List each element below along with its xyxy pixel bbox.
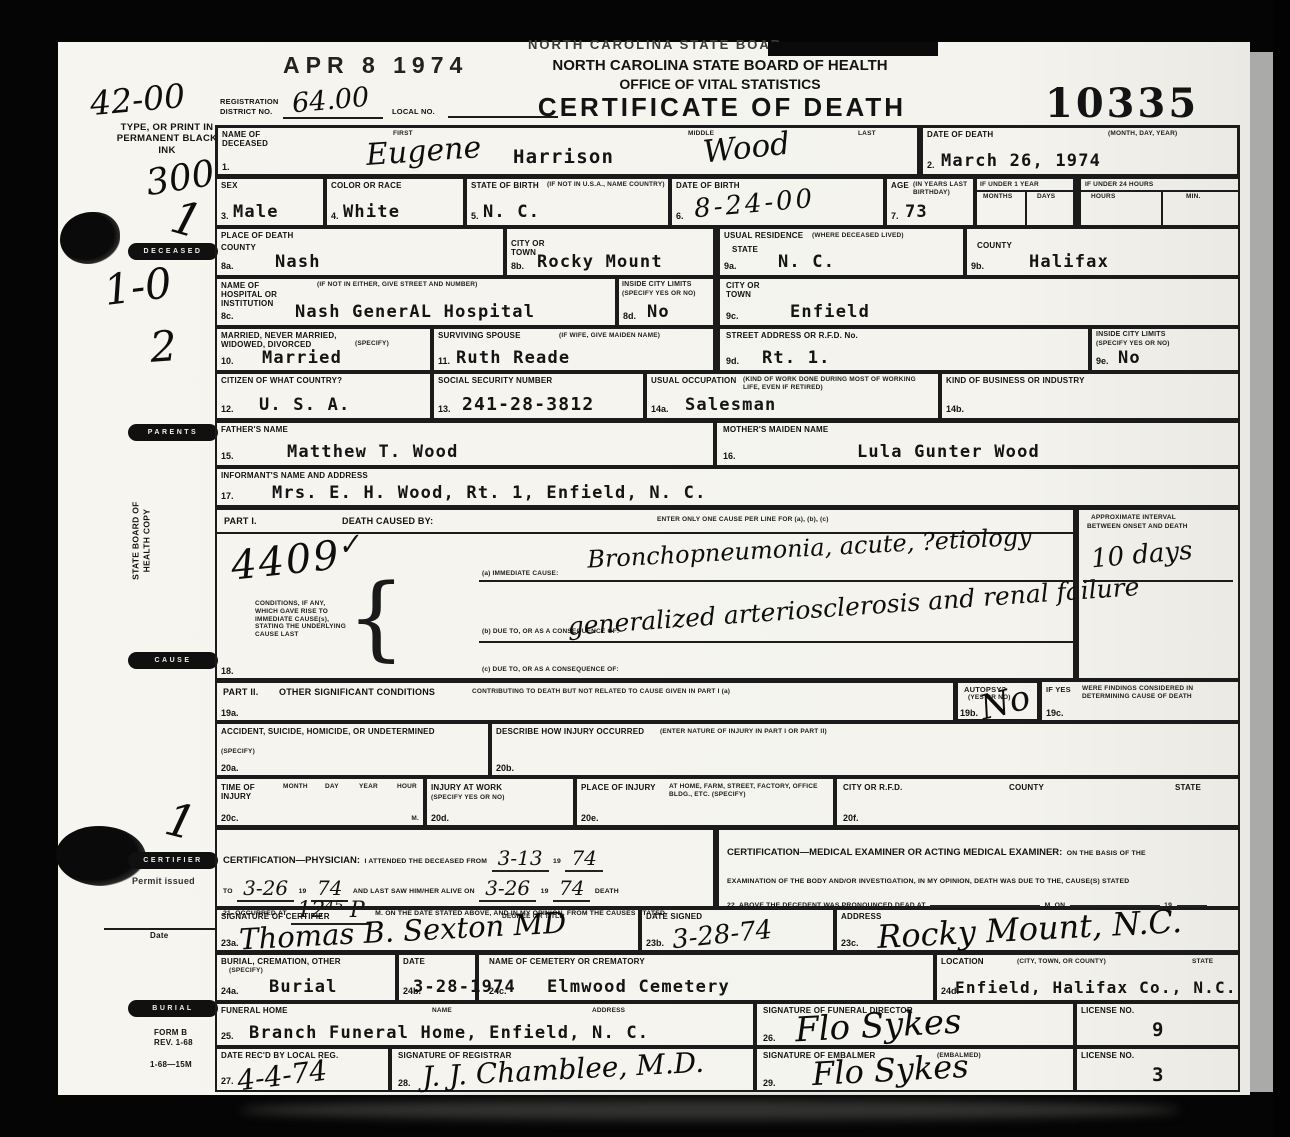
sob-sub: (IF NOT IN U.S.A., NAME COUNTRY) xyxy=(547,181,665,189)
field-color-race: COLOR OR RACE 4. White xyxy=(325,177,465,227)
registration-label-1: REGISTRATION xyxy=(220,98,279,107)
field-residence-state: USUAL RESIDENCE (WHERE DECEASED LIVED) S… xyxy=(715,227,965,277)
field-marital-status: MARRIED, NEVER MARRIED, WIDOWED, DIVORCE… xyxy=(215,327,432,372)
inside8d-sub: (SPECIFY YES OR NO) xyxy=(622,290,712,298)
pod-county-label: COUNTY xyxy=(221,243,256,252)
redaction-bar xyxy=(768,42,938,56)
certphys-19c: 19 xyxy=(541,888,549,895)
name-num: 1. xyxy=(222,162,230,172)
field-certification-physician: CERTIFICATION—PHYSICIAN: I ATTENDED THE … xyxy=(215,827,715,908)
city9c-value: Enfield xyxy=(790,302,870,322)
father-num: 15. xyxy=(221,451,234,461)
field-informant: INFORMANT'S NAME AND ADDRESS 17. Mrs. E.… xyxy=(215,467,1240,507)
u1y-months: MONTHS xyxy=(983,193,1012,201)
placeinj-sub: AT HOME, FARM, STREET, FACTORY, OFFICE B… xyxy=(669,783,829,799)
funeral-director-signature: Flo Sykes xyxy=(794,1002,962,1051)
age-label: AGE xyxy=(891,181,909,190)
cityrfd-state-label: STATE xyxy=(1175,783,1201,792)
interval-rule xyxy=(1083,580,1233,582)
biz-label: KIND OF BUSINESS OR INDUSTRY xyxy=(946,376,1085,385)
certificate-title: CERTIFICATE OF DEATH xyxy=(532,92,912,123)
u1y-days: DAYS xyxy=(1037,193,1055,201)
field-embalmer-signature: SIGNATURE OF EMBALMER (EMBALMED) 29. Flo… xyxy=(755,1047,1075,1092)
cityrfd-county-label: COUNTY xyxy=(1009,783,1044,792)
spouse-label: SURVIVING SPOUSE xyxy=(438,331,521,340)
state9a-num: 9a. xyxy=(724,261,737,271)
part1-num18: 18. xyxy=(221,666,234,676)
placeinj-label: PLACE OF INJURY xyxy=(581,783,656,792)
accident-sub: (SPECIFY) xyxy=(221,748,255,756)
dod-num: 2. xyxy=(927,160,935,170)
certmed-year-blank xyxy=(1177,897,1207,907)
part1-death-caused-by: DEATH CAUSED BY: xyxy=(342,516,433,526)
inside9e-num: 9e. xyxy=(1096,356,1109,366)
loc24d-sub1: (CITY, TOWN, OR COUNTY) xyxy=(1017,958,1106,966)
city9c-label: CITY OR TOWN xyxy=(726,281,766,299)
race-label: COLOR OR RACE xyxy=(331,181,402,190)
certphys-to: TO xyxy=(223,888,233,895)
occ-sub: (KIND OF WORK DONE DURING MOST OF WORKIN… xyxy=(743,376,933,392)
field-certifier-address: ADDRESS 23c. Rocky Mount, N.C. xyxy=(835,908,1240,952)
field-name-of-deceased: NAME OF DECEASED FIRST MIDDLE LAST 1. Eu… xyxy=(215,125,920,177)
fdir-num: 26. xyxy=(763,1033,776,1043)
burial-num: 24a. xyxy=(221,986,239,996)
field-signature-certifier: SIGNATURE OF CERTIFIER DEGREE OR TITLE 2… xyxy=(215,908,640,952)
street9d-label: STREET ADDRESS OR R.F.D. No. xyxy=(726,331,858,340)
field-autopsy: AUTOPSY? (YES OR NO) 19b. No xyxy=(955,680,1040,722)
margin-tab-parents: PARENTS xyxy=(128,424,218,441)
field-place-of-death-county: PLACE OF DEATH COUNTY 8a. Nash xyxy=(215,227,505,277)
form-code-1: FORM B xyxy=(154,1028,187,1037)
right-black-border xyxy=(1273,0,1290,1137)
sig23-num: 23a. xyxy=(221,938,239,948)
spouse-num: 11. xyxy=(438,356,450,366)
city8b-num: 8b. xyxy=(511,261,524,271)
occ-label: USUAL OCCUPATION xyxy=(651,376,736,385)
loc24d-label: LOCATION xyxy=(941,957,984,966)
field-citizen: CITIZEN OF WHAT COUNTRY? 12. U. S. A. xyxy=(215,372,432,420)
street9d-value: Rt. 1. xyxy=(762,348,831,368)
field-date-of-birth: DATE OF BIRTH 6. 8-24-00 xyxy=(670,177,885,227)
placeinj-num: 20e. xyxy=(581,813,599,823)
field-burial-type: BURIAL, CREMATION, OTHER (SPECIFY) 24a. … xyxy=(215,952,397,1002)
field-inside-city-9e: INSIDE CITY LIMITS (SPECIFY YES OR NO) 9… xyxy=(1090,327,1240,372)
field-injury-at-work: INJURY AT WORK (SPECIFY YES OR NO) 20d. xyxy=(425,777,575,827)
bdate-value: 3-28-1974 xyxy=(413,977,516,997)
usual-residence-sub: (WHERE DECEASED LIVED) xyxy=(812,232,904,240)
timeinj-day: DAY xyxy=(325,783,339,791)
interval-label-2: BETWEEN ONSET AND DEATH xyxy=(1087,523,1188,531)
pod-value: Nash xyxy=(275,252,321,272)
margin-tab-certifier: CERTIFIER xyxy=(128,852,218,869)
certphys-title: CERTIFICATION—PHYSICIAN: xyxy=(223,855,360,866)
field-date-received: DATE REC'D BY LOCAL REG. 27. 4-4-74 xyxy=(215,1047,390,1092)
burial-value: Burial xyxy=(269,977,338,997)
sob-label: STATE OF BIRTH xyxy=(471,181,539,190)
informant-value: Mrs. E. H. Wood, Rt. 1, Enfield, N. C. xyxy=(272,483,707,503)
sob-value: N. C. xyxy=(483,202,540,222)
margin-number-4: 2 xyxy=(148,321,178,372)
scanner-edge-strip xyxy=(1250,52,1273,1092)
cemetery-value: Elmwood Cemetery xyxy=(547,977,730,997)
occ-num: 14a. xyxy=(651,404,669,414)
interval-label-1: APPROXIMATE INTERVAL xyxy=(1091,514,1176,522)
part1-a-label: (a) IMMEDIATE CAUSE: xyxy=(482,570,558,578)
field-date-of-death: DATE OF DEATH (MONTH, DAY, YEAR) 2. Marc… xyxy=(920,125,1240,177)
recd-value: 4-4-74 xyxy=(235,1054,329,1098)
scan-smudge xyxy=(240,1100,1180,1120)
u1y-label: IF UNDER 1 YEAR xyxy=(980,181,1039,189)
hosp-label: NAME OF HOSPITAL OR INSTITUTION xyxy=(221,281,303,309)
field-burial-date: DATE 24b. 3-28-1974 xyxy=(397,952,477,1002)
addr23c-num: 23c. xyxy=(841,938,859,948)
embalmer-signature: Flo Sykes xyxy=(811,1047,969,1093)
biz-num: 14b. xyxy=(946,404,964,414)
dob-num: 6. xyxy=(676,211,684,221)
copy-designation: STATE BOARD OF HEALTH COPY xyxy=(130,485,151,597)
local-no-label: LOCAL NO. xyxy=(392,108,435,117)
part1-b-rule xyxy=(479,641,1073,643)
certphys-19a: 19 xyxy=(553,858,561,865)
field-date-signed: DATE SIGNED 23b. 3-28-74 xyxy=(640,908,835,952)
name-first-value: Eugene xyxy=(365,130,482,173)
sex-label: SEX xyxy=(221,181,238,190)
field-license-director: LICENSE NO. 9 xyxy=(1075,1002,1240,1047)
permit-issued-label: Permit issued xyxy=(132,876,195,886)
field-residence-county: COUNTY 9b. Halifax xyxy=(965,227,1240,277)
field-street-address: STREET ADDRESS OR R.F.D. No. 9d. Rt. 1. xyxy=(715,327,1090,372)
certphys-line1: CERTIFICATION—PHYSICIAN: I ATTENDED THE … xyxy=(223,844,603,868)
field-certification-medical-examiner: CERTIFICATION—MEDICAL EXAMINER OR ACTING… xyxy=(715,827,1240,908)
part1-label: PART I. xyxy=(224,516,257,526)
part1-b-value: generalized arteriosclerosis and renal f… xyxy=(567,572,1141,641)
age-num: 7. xyxy=(891,211,899,221)
lic29-value: 3 xyxy=(1152,1064,1165,1086)
part1-note: ENTER ONLY ONE CAUSE PER LINE FOR (a), (… xyxy=(657,516,829,524)
loc24d-sub2: STATE xyxy=(1192,958,1213,966)
fhome-label: FUNERAL HOME xyxy=(221,1006,288,1015)
citizen-num: 12. xyxy=(221,404,234,414)
field-occupation: USUAL OCCUPATION (KIND OF WORK DONE DURI… xyxy=(645,372,940,420)
part1-c-label: (c) DUE TO, OR AS A CONSEQUENCE OF: xyxy=(482,666,619,674)
mother-label: MOTHER'S MAIDEN NAME xyxy=(723,425,828,434)
registrar-num: 28. xyxy=(398,1078,411,1088)
informant-num: 17. xyxy=(221,491,234,501)
u24-divider xyxy=(1161,190,1163,225)
lic29-label: LICENSE NO. xyxy=(1081,1051,1134,1060)
sob-num: 5. xyxy=(471,211,479,221)
inside8d-value: No xyxy=(647,302,670,322)
timeinj-month: MONTH xyxy=(283,783,308,791)
part2-num: 19a. xyxy=(221,708,239,718)
field-burial-location: LOCATION (CITY, TOWN, OR COUNTY) STATE 2… xyxy=(935,952,1240,1002)
loc24d-value: Enfield, Halifax Co., N.C. xyxy=(955,978,1237,997)
field-father-name: FATHER'S NAME 15. Matthew T. Wood xyxy=(215,420,715,467)
field-state-of-birth: STATE OF BIRTH (IF NOT IN U.S.A., NAME C… xyxy=(465,177,670,227)
registration-label-2: DISTRICT NO. xyxy=(220,108,272,117)
field-if-under-24-hours: IF UNDER 24 HOURS HOURS MIN. xyxy=(1075,177,1240,227)
u24-hours: HOURS xyxy=(1091,193,1115,201)
autopsy-num: 19b. xyxy=(960,708,978,718)
certmed-time-blank xyxy=(930,897,1040,907)
field-mother-name: MOTHER'S MAIDEN NAME 16. Lula Gunter Woo… xyxy=(715,420,1240,467)
datesigned-label: DATE SIGNED xyxy=(646,912,702,921)
hosp-sub: (IF NOT IN EITHER, GIVE STREET AND NUMBE… xyxy=(317,281,478,289)
name-middle-value: Harrison xyxy=(513,146,614,168)
hosp-num: 8c. xyxy=(221,311,234,321)
field-if-under-1-year: IF UNDER 1 YEAR MONTHS DAYS xyxy=(975,177,1075,227)
marital-value: Married xyxy=(262,348,342,368)
state9a-value: N. C. xyxy=(778,252,835,272)
part1-conditions-note: CONDITIONS, IF ANY, WHICH GAVE RISE TO I… xyxy=(255,600,347,639)
certmed-basis: ON THE BASIS OF THE xyxy=(1067,850,1146,857)
age-sub: (IN YEARS LAST BIRTHDAY) xyxy=(913,181,971,197)
ssn-label: SOCIAL SECURITY NUMBER xyxy=(438,376,552,385)
marital-sub: (SPECIFY) xyxy=(355,340,389,348)
agency-name: NORTH CAROLINA STATE BOARD OF HEALTH xyxy=(540,57,900,74)
sex-num: 3. xyxy=(221,211,229,221)
inside8d-label: INSIDE CITY LIMITS xyxy=(622,281,712,289)
recd-num: 27. xyxy=(221,1076,234,1086)
certphys-death: DEATH xyxy=(595,888,619,895)
ink-blob-1 xyxy=(60,212,120,264)
race-value: White xyxy=(343,202,400,222)
u1y-header-rule xyxy=(977,190,1073,192)
timeinj-hour: HOUR xyxy=(397,783,417,791)
field-time-of-injury: TIME OF INJURY MONTH DAY YEAR HOUR 20c. … xyxy=(215,777,425,827)
atwork-sub: (SPECIFY YES OR NO) xyxy=(431,794,505,802)
dod-sub: (MONTH, DAY, YEAR) xyxy=(1108,130,1177,138)
accident-num: 20a. xyxy=(221,763,239,773)
state9a-label: STATE xyxy=(732,245,758,254)
fhome-sub-address: ADDRESS xyxy=(592,1007,625,1015)
margin-tab-burial: BURIAL xyxy=(128,1000,218,1017)
field-ssn: SOCIAL SECURITY NUMBER 13. 241-28-3812 xyxy=(432,372,645,420)
mother-value: Lula Gunter Wood xyxy=(857,442,1040,462)
form-code-3: 1-68—15M xyxy=(150,1060,192,1069)
fhome-sub-name: NAME xyxy=(432,1007,452,1015)
informant-label: INFORMANT'S NAME AND ADDRESS xyxy=(221,471,368,480)
dob-label: DATE OF BIRTH xyxy=(676,181,740,190)
field-inside-city-8d: INSIDE CITY LIMITS (SPECIFY YES OR NO) 8… xyxy=(617,277,715,327)
u1y-divider xyxy=(1025,190,1027,225)
field-cemetery: NAME OF CEMETERY OR CREMATORY 24c. Elmwo… xyxy=(477,952,935,1002)
street9d-num: 9d. xyxy=(726,356,739,366)
part1-brace: { xyxy=(347,572,406,664)
ssn-num: 13. xyxy=(438,404,451,414)
agency-office: OFFICE OF VITAL STATISTICS xyxy=(540,76,900,92)
cityrfd-num: 20f. xyxy=(843,813,859,823)
timeinj-year: YEAR xyxy=(359,783,378,791)
part2-label: PART II. xyxy=(223,687,258,697)
u24-min: MIN. xyxy=(1186,193,1201,201)
field-describe-injury: DESCRIBE HOW INJURY OCCURRED (ENTER NATU… xyxy=(490,722,1240,777)
name-label: NAME OF DECEASED xyxy=(222,130,292,148)
certifier-address-value: Rocky Mount, N.C. xyxy=(876,902,1183,956)
cityrfd-city-label: CITY OR R.F.D. xyxy=(843,783,903,792)
margin-number-1: 42-00 xyxy=(88,76,186,123)
name-last-value: Wood xyxy=(701,126,791,171)
u24-header-rule xyxy=(1081,190,1238,192)
field-if-yes-findings: IF YES WERE FINDINGS CONSIDERED IN DETER… xyxy=(1040,680,1240,722)
margin-tab-deceased: DECEASED xyxy=(128,243,218,260)
atwork-label: INJURY AT WORK xyxy=(431,783,502,792)
spouse-value: Ruth Reade xyxy=(456,348,570,368)
cut-off-header-text: NORTH CAROLINA STATE BOAR xyxy=(528,40,782,52)
form-code-2: REV. 1-68 xyxy=(154,1038,193,1047)
describe-label: DESCRIBE HOW INJURY OCCURRED xyxy=(496,727,644,736)
field-registrar-signature: SIGNATURE OF REGISTRAR 28. J. J. Chamble… xyxy=(390,1047,755,1092)
father-value: Matthew T. Wood xyxy=(287,442,459,462)
field-city-9c: CITY OR TOWN 9c. Enfield xyxy=(715,277,1240,327)
field-place-of-injury: PLACE OF INJURY AT HOME, FARM, STREET, F… xyxy=(575,777,835,827)
cemetery-label: NAME OF CEMETERY OR CREMATORY xyxy=(489,957,645,966)
margin-number-3: 1-0 xyxy=(101,258,174,315)
field-surviving-spouse: SURVIVING SPOUSE (IF WIFE, GIVE MAIDEN N… xyxy=(432,327,715,372)
bdate-label: DATE xyxy=(403,957,425,966)
citizen-value: U. S. A. xyxy=(259,395,350,415)
timeinj-label: TIME OF INJURY xyxy=(221,783,267,801)
interval-value: 10 days xyxy=(1090,536,1194,575)
timeinj-num: 20c. xyxy=(221,813,239,823)
father-label: FATHER'S NAME xyxy=(221,425,288,434)
certphys-from-year: 74 xyxy=(565,846,602,872)
inside9e-sub: (SPECIFY YES OR NO) xyxy=(1096,340,1170,348)
field-sex: SEX 3. Male xyxy=(215,177,325,227)
marital-num: 10. xyxy=(221,356,234,366)
lic26-label: LICENSE NO. xyxy=(1081,1006,1134,1015)
usual-residence-label: USUAL RESIDENCE xyxy=(724,231,803,240)
ifyes-label-1: IF YES xyxy=(1046,685,1071,694)
inside9e-value: No xyxy=(1118,348,1141,368)
describe-sub: (ENTER NATURE OF INJURY IN PART I OR PAR… xyxy=(660,728,827,736)
county9b-num: 9b. xyxy=(971,261,984,271)
certmed-line2: EXAMINATION OF THE BODY AND/OR INVESTIGA… xyxy=(727,870,1129,888)
certmed-title: CERTIFICATION—MEDICAL EXAMINER OR ACTING… xyxy=(727,847,1062,858)
age-value: 73 xyxy=(905,202,928,222)
city8b-value: Rocky Mount xyxy=(537,252,663,272)
received-date-stamp: APR 8 1974 xyxy=(283,52,468,79)
mother-num: 16. xyxy=(723,451,736,461)
part2-note: CONTRIBUTING TO DEATH BUT NOT RELATED TO… xyxy=(472,688,730,696)
certphys-attended: I ATTENDED THE DECEASED FROM xyxy=(365,858,488,865)
county9b-label: COUNTY xyxy=(977,241,1012,250)
margin-date-label: Date xyxy=(150,931,169,940)
field-funeral-home: FUNERAL HOME NAME ADDRESS 25. Branch Fun… xyxy=(215,1002,755,1047)
inside8d-num: 8d. xyxy=(623,311,636,321)
spouse-sub: (IF WIFE, GIVE MAIDEN NAME) xyxy=(559,332,660,340)
field-funeral-director-signature: SIGNATURE OF FUNERAL DIRECTOR 26. Flo Sy… xyxy=(755,1002,1075,1047)
sex-value: Male xyxy=(233,202,279,222)
certmed-line1: CERTIFICATION—MEDICAL EXAMINER OR ACTING… xyxy=(727,842,1146,860)
inside9e-label: INSIDE CITY LIMITS xyxy=(1096,331,1166,339)
field-cause-part1: PART I. DEATH CAUSED BY: ENTER ONLY ONE … xyxy=(215,507,1075,680)
dod-label: DATE OF DEATH xyxy=(927,130,993,139)
city9c-num: 9c. xyxy=(726,311,739,321)
describe-num: 20b. xyxy=(496,763,514,773)
burial-sub: (SPECIFY) xyxy=(229,967,263,975)
certificate-number: 10335 xyxy=(1045,80,1199,127)
pod-num: 8a. xyxy=(221,261,234,271)
ssn-value: 241-28-3812 xyxy=(462,394,594,415)
pod-label: PLACE OF DEATH xyxy=(221,231,293,240)
part1-a-value: Bronchopneumonia, acute, ?etiology xyxy=(587,522,1033,573)
scanned-death-certificate: NORTH CAROLINA STATE BOAR APR 8 1974 NOR… xyxy=(0,0,1290,1137)
part1-a-rule xyxy=(479,580,1073,582)
part2-conditions-label: OTHER SIGNIFICANT CONDITIONS xyxy=(279,687,435,697)
field-age: AGE (IN YEARS LAST BIRTHDAY) 7. 73 xyxy=(885,177,975,227)
field-city-8b: CITY OR TOWN 8b. Rocky Mount xyxy=(505,227,715,277)
print-instruction: TYPE, OR PRINT IN PERMANENT BLACK INK xyxy=(116,122,218,156)
datesigned-num: 23b. xyxy=(646,938,664,948)
margin-tab-cause: CAUSE xyxy=(128,652,218,669)
hosp-value: Nash GenerAL Hospital xyxy=(295,302,535,322)
embalmer-num: 29. xyxy=(763,1078,776,1088)
part1-code-value: 4409 xyxy=(229,532,343,589)
certphys-from-date: 3-13 xyxy=(492,846,549,872)
field-license-embalmer: LICENSE NO. 3 xyxy=(1075,1047,1240,1092)
county9b-value: Halifax xyxy=(1029,252,1109,272)
fhome-num: 25. xyxy=(221,1031,234,1041)
ifyes-num: 19c. xyxy=(1046,708,1064,718)
burial-label: BURIAL, CREMATION, OTHER xyxy=(221,957,341,966)
ifyes-label-2: WERE FINDINGS CONSIDERED IN DETERMINING … xyxy=(1082,685,1237,701)
name-sub-last: LAST xyxy=(858,130,876,138)
occ-value: Salesman xyxy=(685,395,776,415)
citizen-label: CITIZEN OF WHAT COUNTRY? xyxy=(221,376,342,385)
certphys-last-saw: AND LAST SAW HIM/HER ALIVE ON xyxy=(353,888,475,895)
fhome-value: Branch Funeral Home, Enfield, N. C. xyxy=(249,1023,649,1043)
timeinj-m: M. xyxy=(411,815,419,823)
dod-value: March 26, 1974 xyxy=(941,151,1101,171)
field-business-industry: KIND OF BUSINESS OR INDUSTRY 14b. xyxy=(940,372,1240,420)
race-num: 4. xyxy=(331,211,339,221)
certmed-examination: EXAMINATION OF THE BODY AND/OR INVESTIGA… xyxy=(727,878,1129,885)
certphys-line2: TO 3-26 19 74 AND LAST SAW HIM/HER ALIVE… xyxy=(223,874,619,898)
field-interval: APPROXIMATE INTERVAL BETWEEN ONSET AND D… xyxy=(1075,507,1240,680)
field-accident-suicide: ACCIDENT, SUICIDE, HOMICIDE, OR UNDETERM… xyxy=(215,722,490,777)
lic26-value: 9 xyxy=(1152,1019,1165,1041)
field-part2: PART II. OTHER SIGNIFICANT CONDITIONS CO… xyxy=(215,680,955,722)
accident-label: ACCIDENT, SUICIDE, HOMICIDE, OR UNDETERM… xyxy=(221,727,461,736)
field-hospital: NAME OF HOSPITAL OR INSTITUTION (IF NOT … xyxy=(215,277,617,327)
u24-label: IF UNDER 24 HOURS xyxy=(1085,181,1153,189)
atwork-num: 20d. xyxy=(431,813,449,823)
field-injury-city-county-state: CITY OR R.F.D. COUNTY STATE 20f. xyxy=(835,777,1240,827)
certphys-19b: 19 xyxy=(299,888,307,895)
